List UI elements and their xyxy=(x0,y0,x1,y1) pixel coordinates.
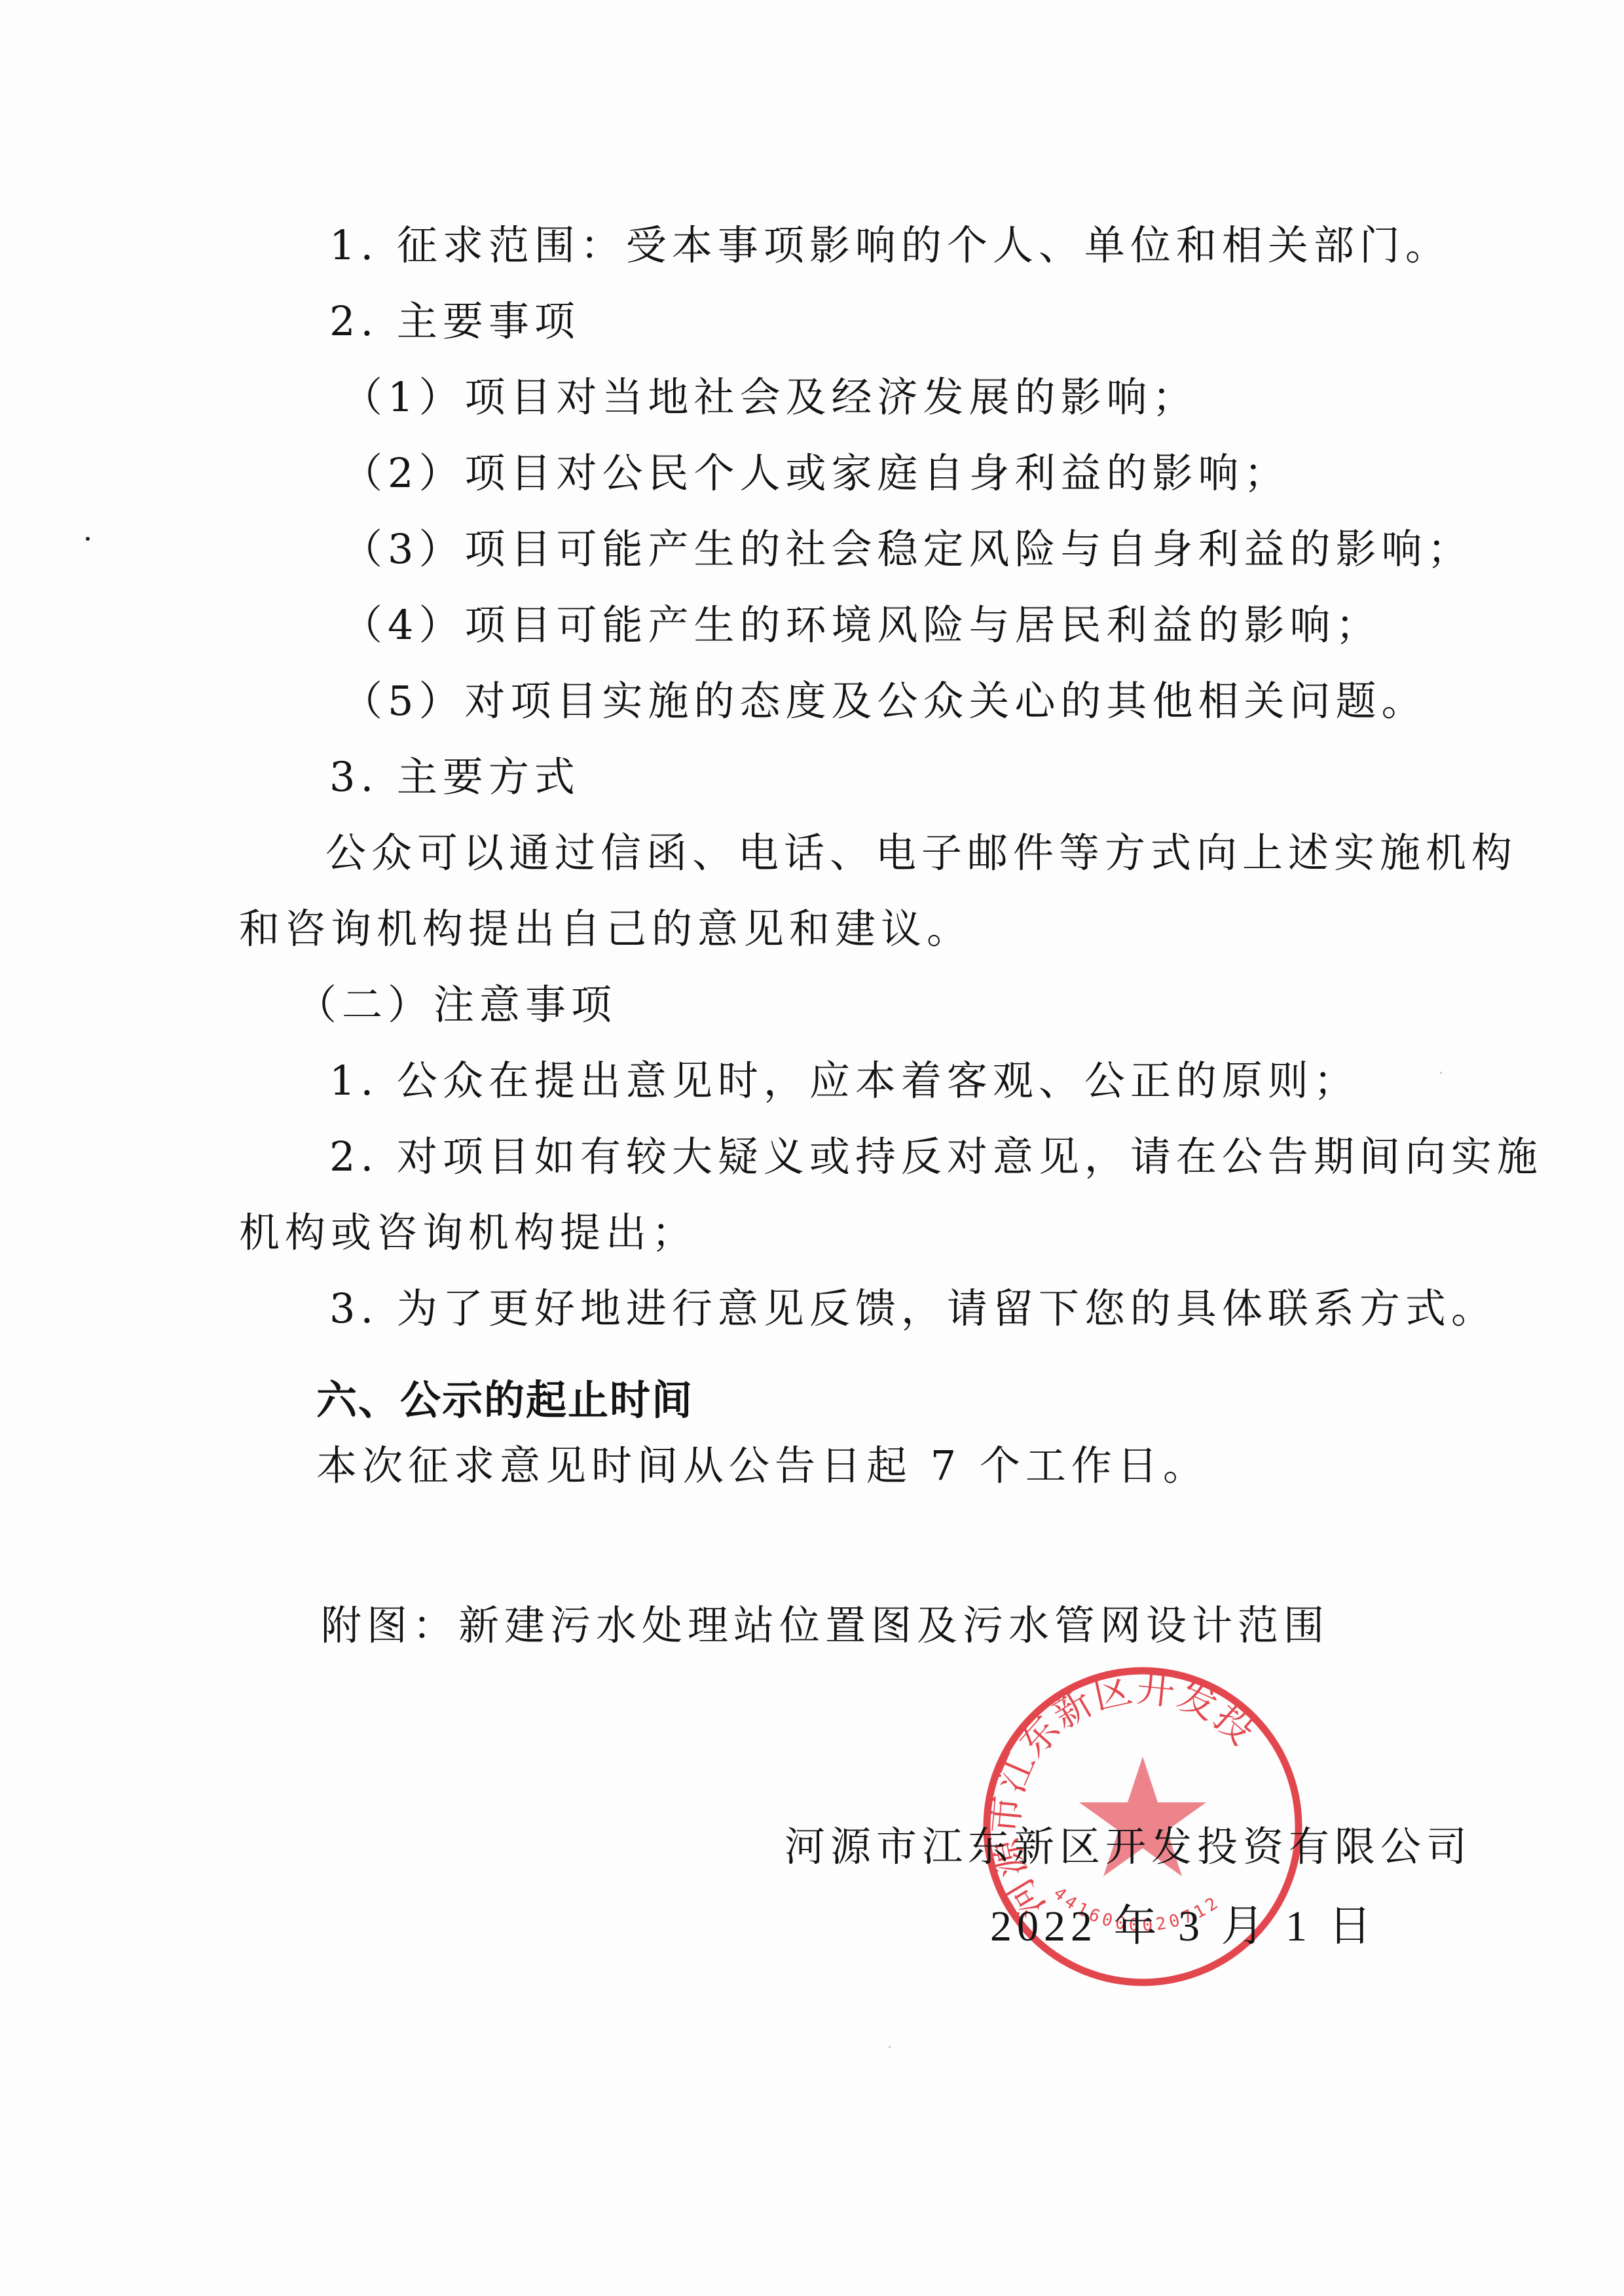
signature-date: 2022 年 3 月 1 日 xyxy=(990,1904,1377,1950)
matter-item-3: （3）项目可能产生的社会稳定风险与自身利益的影响； xyxy=(342,526,1473,572)
matter-item-5: （5）对项目实施的态度及公众关心的其他相关问题。 xyxy=(342,678,1427,724)
main-matters-title: 2. 主要事项 xyxy=(329,299,580,344)
period-heading: 六、公示的起止时间 xyxy=(316,1377,693,1423)
scope-line: 1. 征求范围：受本事项影响的个人、单位和相关部门。 xyxy=(329,223,1451,268)
attachment-caption: 附图：新建污水处理站位置图及污水管网设计范围 xyxy=(321,1603,1329,1649)
scan-speck xyxy=(889,2046,891,2048)
period-text: 本次征求意见时间从公告日起 7 个工作日。 xyxy=(316,1443,1209,1489)
document-page: 1. 征求范围：受本事项影响的个人、单位和相关部门。 2. 主要事项 （1）项目… xyxy=(0,0,1624,2296)
scan-speck xyxy=(86,537,90,541)
matter-item-1: （1）项目对当地社会及经济发展的影响； xyxy=(342,374,1198,420)
notes-item-3: 3. 为了更好地进行意见反馈，请留下您的具体联系方式。 xyxy=(329,1286,1497,1332)
matter-item-2: （2）项目对公民个人或家庭自身利益的影响； xyxy=(342,450,1289,496)
scan-speck xyxy=(1440,1072,1442,1074)
notes-title: （二）注意事项 xyxy=(296,982,617,1028)
notes-item-2-line-1: 2. 对项目如有较大疑义或持反对意见，请在公告期间向实施 xyxy=(329,1134,1543,1180)
methods-text-line-1: 公众可以通过信函、电话、电子邮件等方式向上述实施机构 xyxy=(325,830,1517,876)
signature-company: 河源市江东新区开发投资有限公司 xyxy=(784,1824,1472,1870)
matter-item-4: （4）项目可能产生的环境风险与居民利益的影响； xyxy=(342,602,1381,648)
notes-item-1: 1. 公众在提出意见时，应本着客观、公正的原则； xyxy=(329,1058,1359,1104)
notes-item-2-line-2: 机构或咨询机构提出； xyxy=(239,1210,697,1256)
methods-text-line-2: 和咨询机构提出自己的意见和建议。 xyxy=(239,906,972,952)
methods-title: 3. 主要方式 xyxy=(329,754,580,800)
